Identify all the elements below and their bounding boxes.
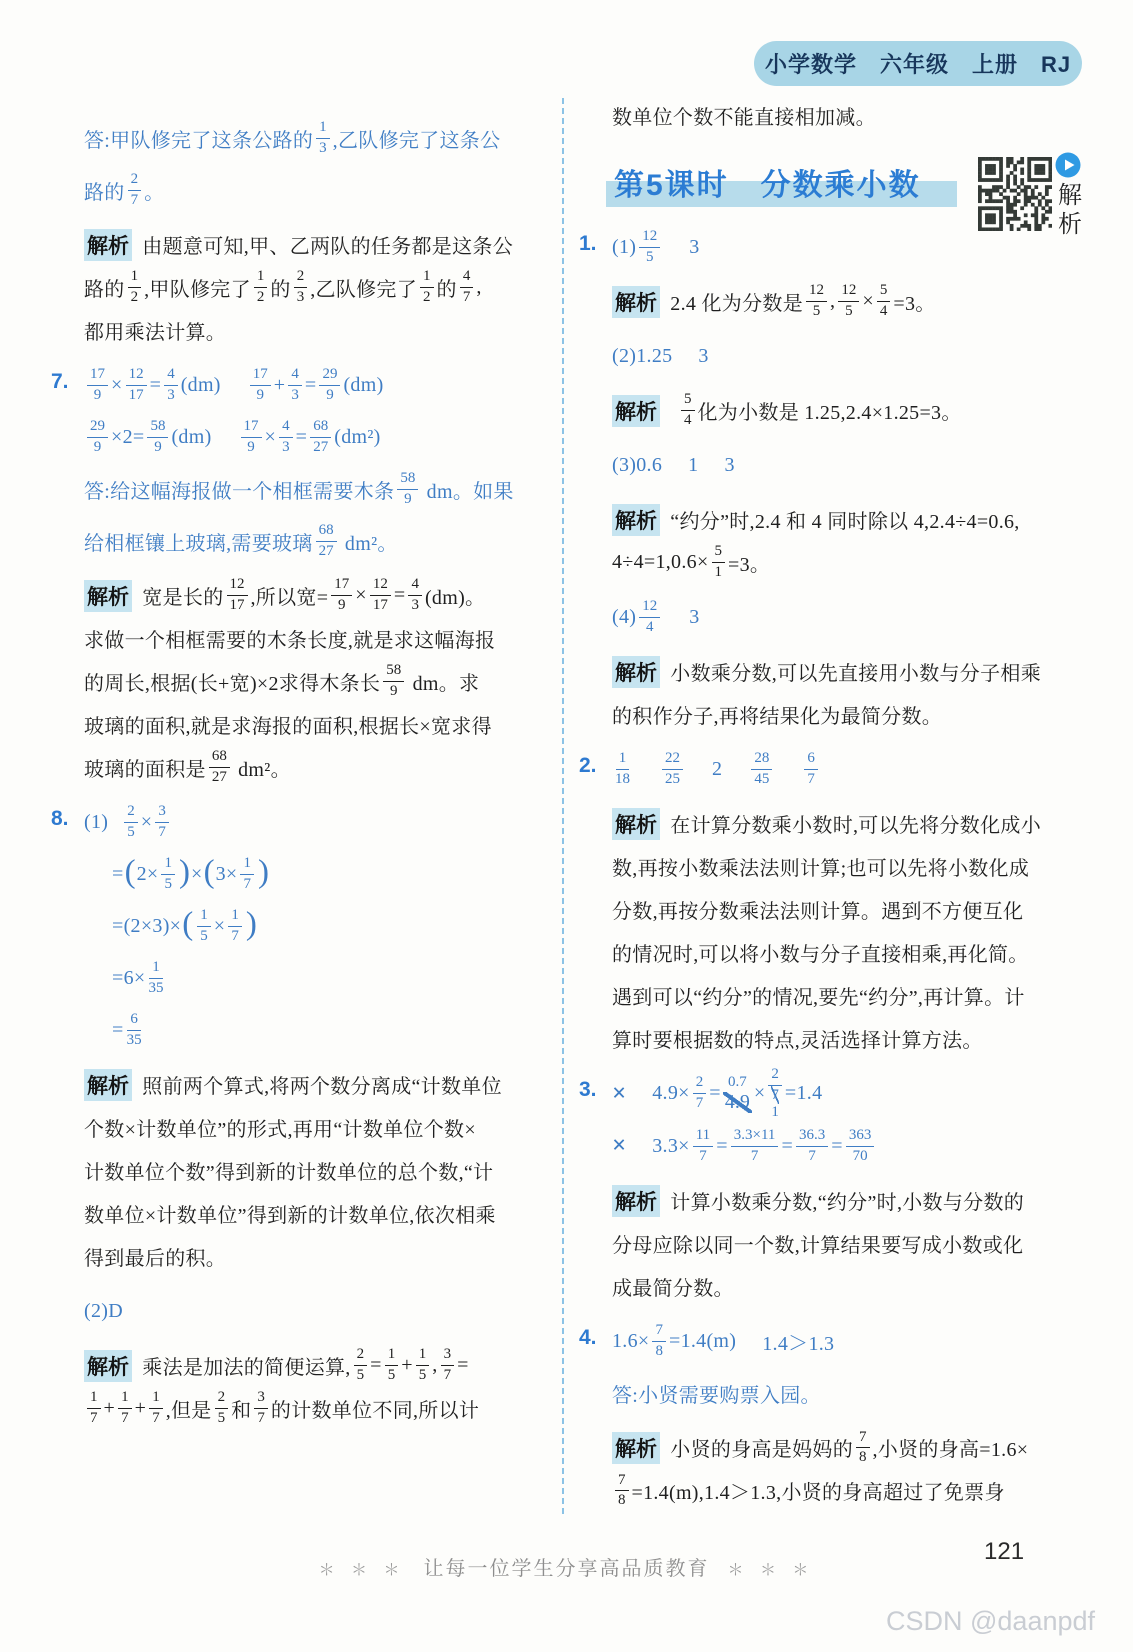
content-line: 路的12,甲队修完了12的23,乙队修完了12的47,: [84, 266, 552, 309]
content-line: 解析 2.4 化为分数是125,125×54=3。: [612, 280, 1054, 323]
text-run: ,乙队修完了这条公: [333, 124, 501, 153]
denominator: 7: [807, 770, 815, 788]
text-run: =: [150, 374, 162, 397]
right-column: 数单位个数不能直接相加减。第5课时 分数乘小数1.(1)1253解析 2.4 化…: [612, 94, 1054, 1519]
fraction: 6827: [316, 523, 337, 560]
block-content: 1.6×78=1.4(m)1.4＞1.3答:小贤需要购票入园。: [612, 1315, 1054, 1419]
big-paren: ): [179, 854, 190, 891]
fraction: 17: [228, 908, 242, 945]
content-line: 数单位×计数单位”得到新的计数单位,依次相乘: [84, 1192, 552, 1235]
content-line: 得到最后的积。: [84, 1235, 552, 1278]
answer-block: 8.(1)25×37=(2×15)×(3×17)=(2×3)×(15×17)=6…: [84, 796, 552, 1056]
fraction: 589: [147, 419, 168, 456]
text-run: 答:给这幅海报做一个相框需要木条: [84, 475, 394, 504]
fraction: 299: [319, 367, 340, 404]
text-run: =3。: [893, 287, 935, 316]
numerator: 1: [149, 960, 163, 979]
analysis-label: 解析: [612, 395, 660, 427]
fraction: 124: [639, 599, 660, 636]
text-run: (3)0.6: [612, 454, 662, 477]
text-run: 4.9×: [652, 1082, 689, 1105]
text-run: =3。: [728, 548, 770, 577]
text-run: +: [401, 1354, 413, 1377]
item-number: 3.: [579, 1078, 597, 1102]
fraction: 37: [254, 1390, 268, 1427]
fraction: 12: [420, 269, 434, 306]
fraction: 51: [712, 544, 726, 581]
content-line: 解析54化为小数是 1.25,2.4×1.25=3。: [612, 389, 1054, 432]
denominator: 17: [230, 596, 245, 614]
fraction: 78: [856, 1430, 870, 1467]
numerator: 1: [316, 120, 330, 139]
numerator: 1: [416, 1347, 430, 1366]
denominator: 4: [646, 618, 654, 636]
denominator: 3: [297, 288, 305, 306]
text-run: ,小贤的身高=1.6×: [873, 1433, 1029, 1462]
text-run: 小贤的身高是妈妈的: [665, 1433, 853, 1462]
block-content: 解析 乘法是加法的简便运算,25=15+15,37=17+17+17,但是25和…: [84, 1344, 552, 1430]
text-run: ,: [830, 290, 835, 313]
fraction: 1217: [370, 577, 391, 614]
content-line: (2)D: [84, 1285, 552, 1337]
content-line: 答:甲队修完了这条公路的13,乙队修完了这条公: [84, 112, 552, 164]
text-run: 路的: [84, 273, 125, 302]
fraction: 299: [87, 419, 108, 456]
denominator-struck: 7: [771, 1086, 779, 1104]
fraction: 43: [408, 577, 422, 614]
footer-slogan: 让每一位学生分享高品质教育: [424, 1558, 710, 1580]
text-run: (dm): [171, 426, 211, 449]
denominator: 5: [164, 875, 172, 893]
content-line: 解析 “约分”时,2.4 和 4 同时除以 4,2.4÷4=0.6,: [612, 498, 1054, 541]
text-run: 求做一个相框需要的木条长度,就是求这幅海报: [84, 624, 495, 653]
text-run: =1.4(m),1.4＞1.3,小贤的身高超过了免票身: [632, 1476, 1005, 1505]
fraction: 27: [693, 1075, 707, 1112]
block-content: 解析 “约分”时,2.4 和 4 同时除以 4,2.4÷4=0.6,4÷4=1,…: [612, 498, 1054, 584]
corrected-number: 0.74.9: [723, 1075, 752, 1113]
analysis-block: 解析 小贤的身高是妈妈的78,小贤的身高=1.6×78=1.4(m),1.4＞1…: [612, 1426, 1054, 1512]
numerator: 36.3: [796, 1128, 828, 1147]
cancel-result: 1: [771, 1105, 779, 1121]
text-run: ×: [141, 811, 153, 834]
denominator: 7: [257, 1409, 265, 1427]
content-line: 答:小贤需要购票入园。: [612, 1367, 1054, 1419]
denominator: 2: [257, 288, 265, 306]
denominator: 27: [212, 768, 227, 786]
content-line: 解析 照前两个算式,将两个数分离成“计数单位: [84, 1063, 552, 1106]
numerator: 4: [164, 367, 178, 386]
page-number: 121: [984, 1538, 1024, 1566]
content-line: 解析 宽是长的1217,所以宽=179×1217=43(dm)。: [84, 574, 552, 617]
answer-block: (3)0.613: [612, 439, 1054, 491]
denominator: 7: [152, 1409, 160, 1427]
fraction: 179: [241, 419, 262, 456]
analysis-block: 解析54化为小数是 1.25,2.4×1.25=3。: [612, 389, 1054, 432]
denominator: 9: [326, 386, 334, 404]
fraction: 135: [148, 960, 163, 997]
numerator: 17: [250, 367, 271, 386]
denominator: 7: [463, 288, 471, 306]
numerator: 3: [155, 804, 169, 823]
text-run: ×: [265, 426, 277, 449]
numerator: 12: [806, 283, 827, 302]
denominator: 3: [319, 139, 327, 157]
text-run: 3: [724, 454, 734, 477]
denominator: 45: [754, 770, 769, 788]
fraction: 589: [383, 663, 404, 700]
fraction: 15: [416, 1347, 430, 1384]
content-line: 玻璃的面积,就是求海报的面积,根据长×宽求得: [84, 703, 552, 746]
denominator: 7: [699, 1147, 707, 1165]
denominator: 8: [618, 1491, 626, 1509]
content-line: 玻璃的面积是6827 dm²。: [84, 746, 552, 789]
numerator: 2: [124, 804, 138, 823]
numerator: 7: [615, 1473, 629, 1492]
denominator: 9: [247, 438, 255, 456]
denominator: 5: [357, 1366, 365, 1384]
fraction: 6827: [310, 419, 331, 456]
block-content: 解析 宽是长的1217,所以宽=179×1217=43(dm)。求做一个相框需要…: [84, 574, 552, 789]
fraction: 78: [652, 1323, 666, 1360]
numerator: 1: [149, 1390, 163, 1409]
text-run: 路的: [84, 176, 125, 205]
content-line: 给相框镶上玻璃,需要玻璃6827 dm²。: [84, 515, 552, 567]
analysis-block: 解析 在计算分数乘小数时,可以先将分数化成小数,再按小数乘法法则计算;也可以先将…: [612, 802, 1054, 1060]
fraction: 3.3×117: [731, 1128, 779, 1165]
denominator: 5: [200, 927, 208, 945]
answer-block: (4)1243: [612, 591, 1054, 643]
analysis-block: 数单位个数不能直接相加减。: [612, 94, 1054, 137]
text-run: ,: [432, 1354, 437, 1377]
numerator: 29: [87, 419, 108, 438]
fraction: 589: [397, 471, 418, 508]
fraction: 1217: [126, 367, 147, 404]
fraction: 12: [128, 269, 142, 306]
content-line: 4÷4=1,0.6×51=3。: [612, 541, 1054, 584]
fraction: 2225: [662, 751, 683, 788]
numerator: 1: [197, 908, 211, 927]
text-run: 玻璃的面积是: [84, 753, 206, 782]
content-line: 个数×计数单位”的形式,再用“计数单位个数×: [84, 1106, 552, 1149]
text-run: +: [135, 1397, 147, 1420]
item-number: 1.: [579, 232, 597, 256]
content-line: 解析 由题意可知,甲、乙两队的任务都是这条公: [84, 223, 552, 266]
denominator: 8: [859, 1448, 867, 1466]
numerator: 2: [693, 1075, 707, 1094]
fraction: 125: [639, 229, 660, 266]
analysis-label: 解析: [612, 286, 660, 318]
numerator: 1: [161, 856, 175, 875]
text-run: =: [394, 584, 406, 607]
analysis-block: 解析 计算小数乘分数,“约分”时,小数与分数的分母应除以同一个数,计算结果要写成…: [612, 1179, 1054, 1308]
text-run: ×: [214, 915, 226, 938]
block-content: 解析 照前两个算式,将两个数分离成“计数单位个数×计数单位”的形式,再用“计数单…: [84, 1063, 552, 1278]
numerator: 22: [662, 751, 683, 770]
text-run: 3: [698, 345, 708, 368]
answer-block: (2)D: [84, 1285, 552, 1337]
fraction: 25: [215, 1390, 229, 1427]
answer-block: 2.11822252284567: [612, 743, 1054, 795]
text-run: 。: [144, 176, 164, 205]
content-line: (3)0.613: [612, 439, 1054, 491]
denominator: 7: [90, 1409, 98, 1427]
denominator: 5: [388, 1366, 396, 1384]
text-run: +: [104, 1397, 116, 1420]
numerator: 3: [441, 1347, 455, 1366]
denominator: 9: [257, 386, 265, 404]
analysis-block: 解析 乘法是加法的简便运算,25=15+15,37=17+17+17,但是25和…: [84, 1344, 552, 1430]
text-run: 4÷4=1,0.6×: [612, 551, 709, 574]
denominator: 3: [291, 386, 299, 404]
denominator: 5: [419, 1366, 427, 1384]
column-divider: [562, 98, 564, 1514]
denominator: 9: [338, 596, 346, 614]
fraction: 17: [240, 856, 254, 893]
block-content: 解析 计算小数乘分数,“约分”时,小数与分数的分母应除以同一个数,计算结果要写成…: [612, 1179, 1054, 1308]
block-content: (2)1.253: [612, 330, 1054, 382]
watermark: CSDN @daanpdf: [886, 1606, 1095, 1637]
fraction: 37: [441, 1347, 455, 1384]
numerator: 5: [712, 544, 726, 563]
text-run: 成最简分数。: [612, 1272, 734, 1301]
answer-block: (2)1.253: [612, 330, 1054, 382]
denominator: 3: [411, 596, 419, 614]
numerator: 6: [804, 751, 818, 770]
answer-block: 3.×4.9×27=0.74.9×271=1.4×3.3×117=3.3×117…: [612, 1067, 1054, 1172]
block-content: (1)25×37=(2×15)×(3×17)=(2×3)×(15×17)=6×1…: [84, 796, 552, 1056]
text-run: (dm): [181, 374, 221, 397]
text-run: ×: [355, 584, 367, 607]
text-run: 乘法是加法的简便运算,: [137, 1351, 351, 1380]
text-run: 计数单位个数”得到新的计数单位的总个数,“计: [84, 1156, 493, 1185]
denominator: 3: [167, 386, 175, 404]
numerator: 11: [693, 1128, 713, 1147]
content-line: 数,再按小数乘法法则计算;也可以先将小数化成: [612, 845, 1054, 888]
footer-stars-left: ＊ ＊ ＊: [319, 1562, 406, 1579]
denominator: 25: [665, 770, 680, 788]
fraction: 17: [87, 1390, 101, 1427]
numerator: 58: [147, 419, 168, 438]
text-run: ,乙队修完了: [310, 273, 417, 302]
numerator: 5: [681, 392, 695, 411]
fraction: 2845: [751, 751, 772, 788]
lesson-title: 第5课时 分数乘小数: [612, 160, 929, 204]
denominator: 9: [154, 438, 162, 456]
denominator: 9: [94, 386, 102, 404]
big-paren: ): [258, 854, 269, 891]
numerator: 1: [118, 1390, 132, 1409]
denominator: 7: [751, 1147, 759, 1165]
fraction: 54: [877, 283, 891, 320]
block-content: 答:甲队修完了这条公路的13,乙队修完了这条公路的27。: [84, 112, 552, 216]
answer-block: 答:甲队修完了这条公路的13,乙队修完了这条公路的27。: [84, 112, 552, 216]
numerator: 29: [319, 367, 340, 386]
fraction: 23: [294, 269, 308, 306]
fraction: 125: [806, 283, 827, 320]
block-content: 11822252284567: [612, 743, 1054, 795]
text-run: =: [831, 1135, 843, 1158]
text-run: dm²。: [233, 753, 291, 782]
fraction: 43: [288, 367, 302, 404]
numerator: 12: [838, 283, 859, 302]
content-line: 计数单位个数”得到新的计数单位的总个数,“计: [84, 1149, 552, 1192]
text-run: (1): [84, 811, 108, 834]
denominator: 7: [158, 823, 166, 841]
numerator: 1: [240, 856, 254, 875]
denominator: 9: [390, 682, 398, 700]
text-run: 数单位×计数单位”得到新的计数单位,依次相乘: [84, 1199, 496, 1228]
text-run: 化为小数是 1.25,2.4×1.25=3。: [698, 396, 962, 425]
text-run: 和: [231, 1394, 251, 1423]
fraction: 43: [279, 419, 293, 456]
footer-stars-right: ＊ ＊ ＊: [728, 1562, 815, 1579]
numerator: 68: [209, 749, 230, 768]
text-run: (2)1.25: [612, 345, 672, 368]
wrong-answer-mark: ×: [612, 1132, 626, 1160]
fraction: 54: [681, 392, 695, 429]
text-run: (dm)。: [425, 581, 485, 610]
numerator: 12: [370, 577, 391, 596]
struck-value: 4.9: [723, 1092, 752, 1113]
text-run: ×: [862, 290, 874, 313]
content-line: 17+17+17,但是25和37的计数单位不同,所以计: [84, 1387, 552, 1430]
text-run: 由题意可知,甲、乙两队的任务都是这条公: [137, 230, 513, 259]
fraction: 6827: [209, 749, 230, 786]
block-content: 179×1217=43(dm)179+43=299(dm)299×2=589(d…: [84, 359, 552, 567]
footer-slogan-row: ＊ ＊ ＊让每一位学生分享高品质教育＊ ＊ ＊: [0, 1552, 1133, 1581]
text-run: 给相框镶上玻璃,需要玻璃: [84, 527, 313, 556]
big-paren: (: [204, 854, 215, 891]
big-paren: ): [246, 906, 257, 943]
text-run: 1: [688, 454, 698, 477]
content-line: 答:给这幅海报做一个相框需要木条589 dm。如果: [84, 463, 552, 515]
fraction: 12: [254, 269, 268, 306]
text-run: 的积作分子,再将结果化为最简分数。: [612, 700, 942, 729]
item-number: 4.: [579, 1326, 597, 1350]
text-run: =: [305, 374, 317, 397]
fraction: 117: [693, 1128, 713, 1165]
text-run: dm。求: [407, 667, 479, 696]
fraction: 78: [615, 1473, 629, 1510]
content-line: 解析 在计算分数乘小数时,可以先将分数化成小: [612, 802, 1054, 845]
text-run: (2)D: [84, 1300, 123, 1323]
numerator: 4: [460, 269, 474, 288]
block-content: (2)D: [84, 1285, 552, 1337]
block-content: 解析 2.4 化为分数是125,125×54=3。: [612, 280, 1054, 323]
text-run: 算时要根据数的特点,灵活选择计算方法。: [612, 1024, 983, 1053]
play-icon: [1055, 152, 1081, 178]
denominator: 5: [646, 248, 654, 266]
content-line: 路的27。: [84, 164, 552, 216]
text-run: =: [296, 426, 308, 449]
text-run: 分数,再按分数乘法法则计算。遇到不方便互化: [612, 895, 1023, 924]
denominator: 27: [319, 542, 334, 560]
analysis-label: 解析: [612, 656, 660, 688]
denominator: 18: [615, 770, 630, 788]
analysis-block: 解析 小数乘分数,可以先直接用小数与分子相乘的积作分子,再将结果化为最简分数。: [612, 650, 1054, 736]
numerator: 1: [87, 1390, 101, 1409]
text-run: 遇到可以“约分”的情况,要先“约分”,再计算。计: [612, 981, 1025, 1010]
fraction: 36.37: [796, 1128, 828, 1165]
content-line: 的积作分子,再将结果化为最简分数。: [612, 693, 1054, 736]
content-line: 数单位个数不能直接相加减。: [612, 94, 1054, 137]
content-line: (4)1243: [612, 591, 1054, 643]
denominator: 17: [373, 596, 388, 614]
numerator: 6: [127, 1012, 141, 1031]
text-run: ×: [191, 863, 203, 886]
text-run: dm。如果: [421, 475, 513, 504]
analysis-label: 解析: [612, 1185, 660, 1217]
block-content: 解析 由题意可知,甲、乙两队的任务都是这条公路的12,甲队修完了12的23,乙队…: [84, 223, 552, 352]
numerator: 2: [294, 269, 308, 288]
lesson-title-text: 第5课时 分数乘小数: [614, 169, 921, 202]
block-content: 解析54化为小数是 1.25,2.4×1.25=3。: [612, 389, 1054, 432]
denominator: 5: [813, 302, 821, 320]
denominator: 9: [404, 490, 412, 508]
denominator: 5: [218, 1409, 226, 1427]
text-run: =: [112, 1019, 124, 1042]
fraction: 125: [838, 283, 859, 320]
content-line: ×3.3×117=3.3×117=36.37=36370: [612, 1120, 1054, 1172]
block-content: (4)1243: [612, 591, 1054, 643]
text-run: =: [716, 1135, 728, 1158]
numerator: 3: [254, 1390, 268, 1409]
text-run: 2.4 化为分数是: [665, 287, 803, 316]
content-line: 遇到可以“约分”的情况,要先“约分”,再计算。计: [612, 974, 1054, 1017]
denominator: 2: [131, 288, 139, 306]
text-run: “约分”时,2.4 和 4 同时除以 4,2.4÷4=0.6,: [665, 505, 1020, 534]
fraction: 15: [161, 856, 175, 893]
block-content: 解析 小贤的身高是妈妈的78,小贤的身高=1.6×78=1.4(m),1.4＞1…: [612, 1426, 1054, 1512]
content-line: 分数,再按分数乘法法则计算。遇到不方便互化: [612, 888, 1054, 931]
numerator: 1: [385, 1347, 399, 1366]
text-run: ×: [111, 374, 123, 397]
analysis-block: 解析 “约分”时,2.4 和 4 同时除以 4,2.4÷4=0.6,4÷4=1,…: [612, 498, 1054, 584]
text-run: ×: [754, 1082, 766, 1105]
content-line: 解析 小贤的身高是妈妈的78,小贤的身高=1.6×: [612, 1426, 1054, 1469]
numerator: 2: [128, 172, 142, 191]
denominator: 17: [129, 386, 144, 404]
fraction: 635: [127, 1012, 142, 1049]
fraction: 67: [804, 751, 818, 788]
block-content: 解析 小数乘分数,可以先直接用小数与分子相乘的积作分子,再将结果化为最简分数。: [612, 650, 1054, 736]
denominator: 27: [313, 438, 328, 456]
text-run: ,甲队修完了: [144, 273, 251, 302]
numerator: 12: [639, 229, 660, 248]
denominator: 5: [127, 823, 135, 841]
denominator: 70: [853, 1147, 868, 1165]
text-run: ,: [476, 276, 481, 299]
text-run: 3.3×: [652, 1135, 689, 1158]
qr-caption: 解析: [1056, 182, 1084, 240]
denominator: 7: [808, 1147, 816, 1165]
content-line: 179×1217=43(dm)179+43=299(dm): [84, 359, 552, 411]
fraction: 179: [250, 367, 271, 404]
text-run: =: [457, 1354, 469, 1377]
text-run: ,所以宽=: [251, 581, 329, 610]
text-run: 宽是长的: [137, 581, 224, 610]
numerator: 12: [126, 367, 147, 386]
content-line: 的周长,根据(长+宽)×2求得木条长589 dm。求: [84, 660, 552, 703]
text-run: 答:小贤需要购票入园。: [612, 1379, 821, 1408]
text-run: =: [112, 863, 124, 886]
denominator: 7: [696, 1094, 704, 1112]
content-line: ×4.9×27=0.74.9×271=1.4: [612, 1067, 1054, 1120]
content-line: =(2×3)×(15×17): [84, 900, 552, 952]
text-run: 数,再按小数乘法法则计算;也可以先将小数化成: [612, 852, 1029, 881]
text-run: 的计数单位不同,所以计: [271, 1394, 479, 1423]
text-run: =1.4(m): [669, 1330, 736, 1353]
